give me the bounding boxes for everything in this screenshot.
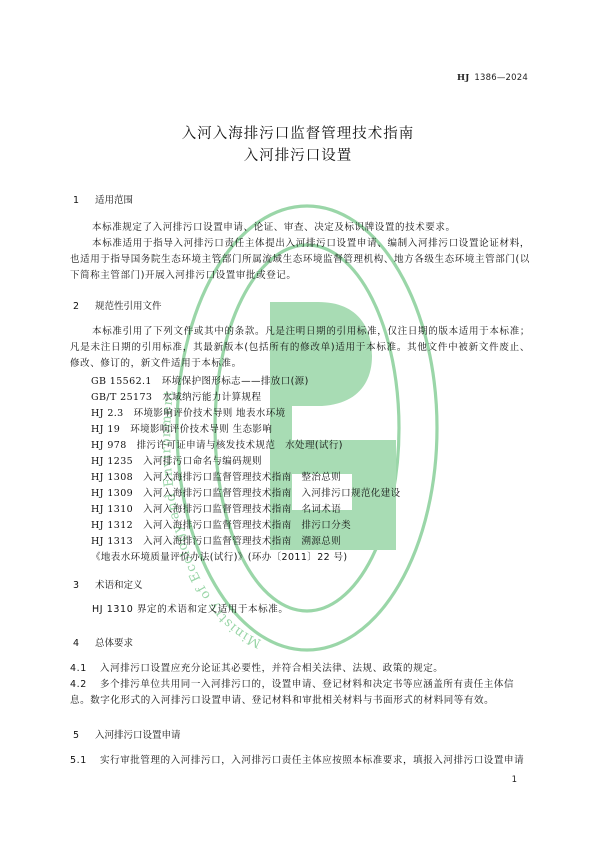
reference-item: HJ 19环境影响评价技术导则 生态影响	[91, 421, 272, 435]
reference-item: GB 15562.1环境保护图形标志——排放口(源)	[91, 373, 309, 387]
reference-item: HJ 1310入河入海排污口监督管理技术指南 名词术语	[91, 501, 341, 515]
section-heading-3: 3术语和定义	[73, 577, 143, 591]
section-2-paragraph-1: 本标准引用了下列文件或其中的条款。凡是注明日期的引用标准，仅注日期的版本适用于本…	[70, 324, 530, 372]
reference-item: HJ 1309入河入海排污口监督管理技术指南 入河排污口规范化建设	[91, 485, 401, 499]
reference-item: HJ 1235入河排污口命名与编码规则	[91, 453, 262, 467]
document-subtitle: 入河排污口设置	[0, 144, 596, 165]
section-heading-1: 1适用范围	[73, 192, 133, 206]
section-heading-5: 5入河排污口设置申请	[73, 727, 181, 741]
section-1-paragraph-2: 本标准适用于指导入河排污口责任主体提出入河排污口设置申请、编制入河排污口设置论证…	[70, 236, 530, 284]
standard-number: 1386—2024	[474, 73, 528, 83]
reference-item: HJ 2.3环境影响评价技术导则 地表水环境	[91, 405, 286, 419]
reference-item: HJ 978排污许可证申请与核发技术规范 水处理(试行)	[91, 437, 343, 451]
reference-item: GB/T 25173水域纳污能力计算规程	[91, 389, 261, 403]
document-title: 入河入海排污口监督管理技术指南	[0, 122, 596, 143]
clause-4-2: 4.2多个排污单位共用同一入河排污口的，设置申请、登记材料和决定书等应涵盖所有责…	[70, 677, 530, 709]
page-number: 1	[512, 775, 517, 785]
clause-4-1: 4.1入河排污口设置应充分论证其必要性，并符合相关法律、法规、政策的规定。	[70, 661, 530, 677]
reference-item: HJ 1313入河入海排污口监督管理技术指南 溯源总则	[91, 533, 341, 547]
section-heading-2: 2规范性引用文件	[73, 298, 162, 312]
clause-5-1: 5.1实行审批管理的入河排污口，入河排污口责任主体应按照本标准要求，填报入河排污…	[70, 753, 530, 769]
section-3-paragraph-1: HJ 1310 界定的术语和定义适用于本标准。	[70, 602, 530, 618]
reference-item: 《地表水环境质量评价办法(试行)》(环办〔2011〕22 号)	[91, 549, 348, 563]
reference-item: HJ 1312入河入海排污口监督管理技术指南 排污口分类	[91, 517, 351, 531]
standard-prefix: HJ	[457, 73, 469, 83]
reference-item: HJ 1308入河入海排污口监督管理技术指南 整治总则	[91, 469, 341, 483]
document-page: Ministry of Ecology and Environment HJ13…	[0, 0, 596, 842]
section-heading-4: 4总体要求	[73, 635, 133, 649]
section-1-paragraph-1: 本标准规定了入河排污口设置申请、论证、审查、决定及标识牌设置的技术要求。	[70, 220, 530, 236]
standard-code: HJ1386—2024	[457, 73, 528, 83]
